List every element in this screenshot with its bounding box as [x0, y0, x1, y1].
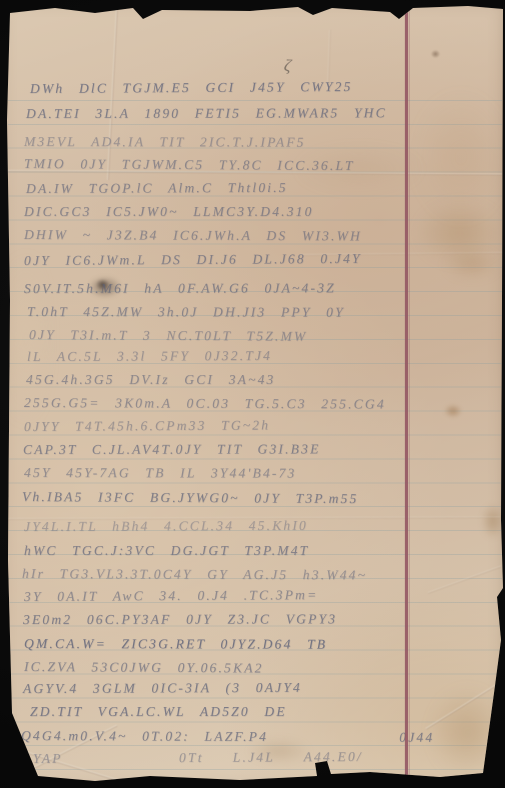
- handwritten-text-block: DWh DlC TGJM.E5 GCI J45Y CWY25DA.TEI 3L.…: [0, 0, 505, 788]
- handwritten-line: 3Y 0A.IT AwC 34. 0.J4 .TC.3Pm=: [24, 585, 319, 607]
- handwritten-line: QM.CA.W= ZIC3G.RET 0JYZ.D64 TB: [24, 634, 327, 655]
- handwritten-line: YAP 0Tt L.J4L A44.E0/: [33, 747, 363, 769]
- handwritten-line: IC.ZVA 53C0JWG 0Y.06.5KA2: [24, 657, 264, 679]
- handwritten-line: T.0hT 45Z.MW 3h.0J DH.JI3 PPY 0Y: [27, 302, 345, 323]
- handwritten-line: 0JYY T4T.45h.6.CPm33 TG~2h: [24, 415, 270, 437]
- handwritten-line: DHIW ~ J3Z.B4 IC6.JWh.A DS WI3.WH: [24, 225, 362, 246]
- handwritten-line: 45Y 45Y-7AG TB IL 3Y44'B4-73: [24, 463, 297, 484]
- margin-rule-line-echo: [409, 9, 410, 778]
- handwritten-line: M3EVL AD4.IA TIT 2IC.T.J.IPAF5: [24, 132, 306, 153]
- handwritten-line: AGYV.4 3GLM 0IC-3IA (3 0AJY4: [23, 678, 302, 699]
- handwritten-line: DWh DlC TGJM.E5 GCI J45Y CWY25: [30, 77, 353, 99]
- handwritten-line: lL AC.5L 3.3l 5FY 0J32.TJ4: [27, 346, 272, 367]
- manuscript-page: ζ DWh DlC TGJM.E5 GCI J45Y CWY25DA.TEI 3…: [0, 0, 505, 788]
- photo-background: ζ DWh DlC TGJM.E5 GCI J45Y CWY25DA.TEI 3…: [0, 0, 505, 788]
- handwritten-line: 45G.4h.3G5 DV.Iz GCI 3A~43: [26, 370, 276, 390]
- handwritten-line: TMIO 0JY TGJWM.C5 TY.8C ICC.36.LT: [24, 154, 355, 176]
- handwritten-line: 255G.G5= 3K0m.A 0C.03 TG.5.C3 255.CG4: [24, 393, 386, 415]
- handwritten-line: JY4L.I.TL hBh4 4.CCL.34 45.KhI0: [24, 516, 308, 537]
- handwritten-line: CAP.3T C.JL.AV4T.0JY TIT G3I.B3E: [23, 439, 321, 460]
- handwritten-line: ZD.TIT VGA.LC.WL AD5Z0 DE: [30, 702, 287, 722]
- handwritten-line: 0JY T3I.m.T 3 NC.T0LT T5Z.MW: [29, 325, 308, 347]
- handwritten-line: 3E0m2 06C.PY3AF 0JY Z3.JC VGPY3: [23, 609, 337, 630]
- handwritten-line: Q4G4.m0.V.4~ 0T.02: LAZF.P4 0J44: [21, 726, 434, 748]
- handwritten-line: Vh.IBA5 I3FC BG.JYWG0~ 0JY T3P.m55: [22, 487, 359, 509]
- handwritten-line: 0JY IC6.JWm.L DS DI.J6 DL.J68 0.J4Y: [24, 249, 362, 271]
- handwritten-line: S0V.IT.5h.M6I hA 0F.AW.G6 0JA~4-3Z: [24, 278, 336, 299]
- handwritten-line: hIr TG3.VL3.3T.0C4Y GY AG.J5 h3.W44~: [22, 564, 367, 585]
- handwritten-line: hWC TGC.J:3VC DG.JGT T3P.M4T: [24, 541, 309, 561]
- handwritten-line: DIC.GC3 IC5.JW0~ LLMC3Y.D4.310: [24, 202, 314, 222]
- handwritten-line: DA.IW TGOP.lC Alm.C Thtl0i.5: [26, 178, 288, 199]
- handwritten-line: DA.TEI 3L.A 1890 FETI5 EG.MWAR5 YHC: [26, 103, 387, 124]
- margin-rule-line: [405, 9, 408, 778]
